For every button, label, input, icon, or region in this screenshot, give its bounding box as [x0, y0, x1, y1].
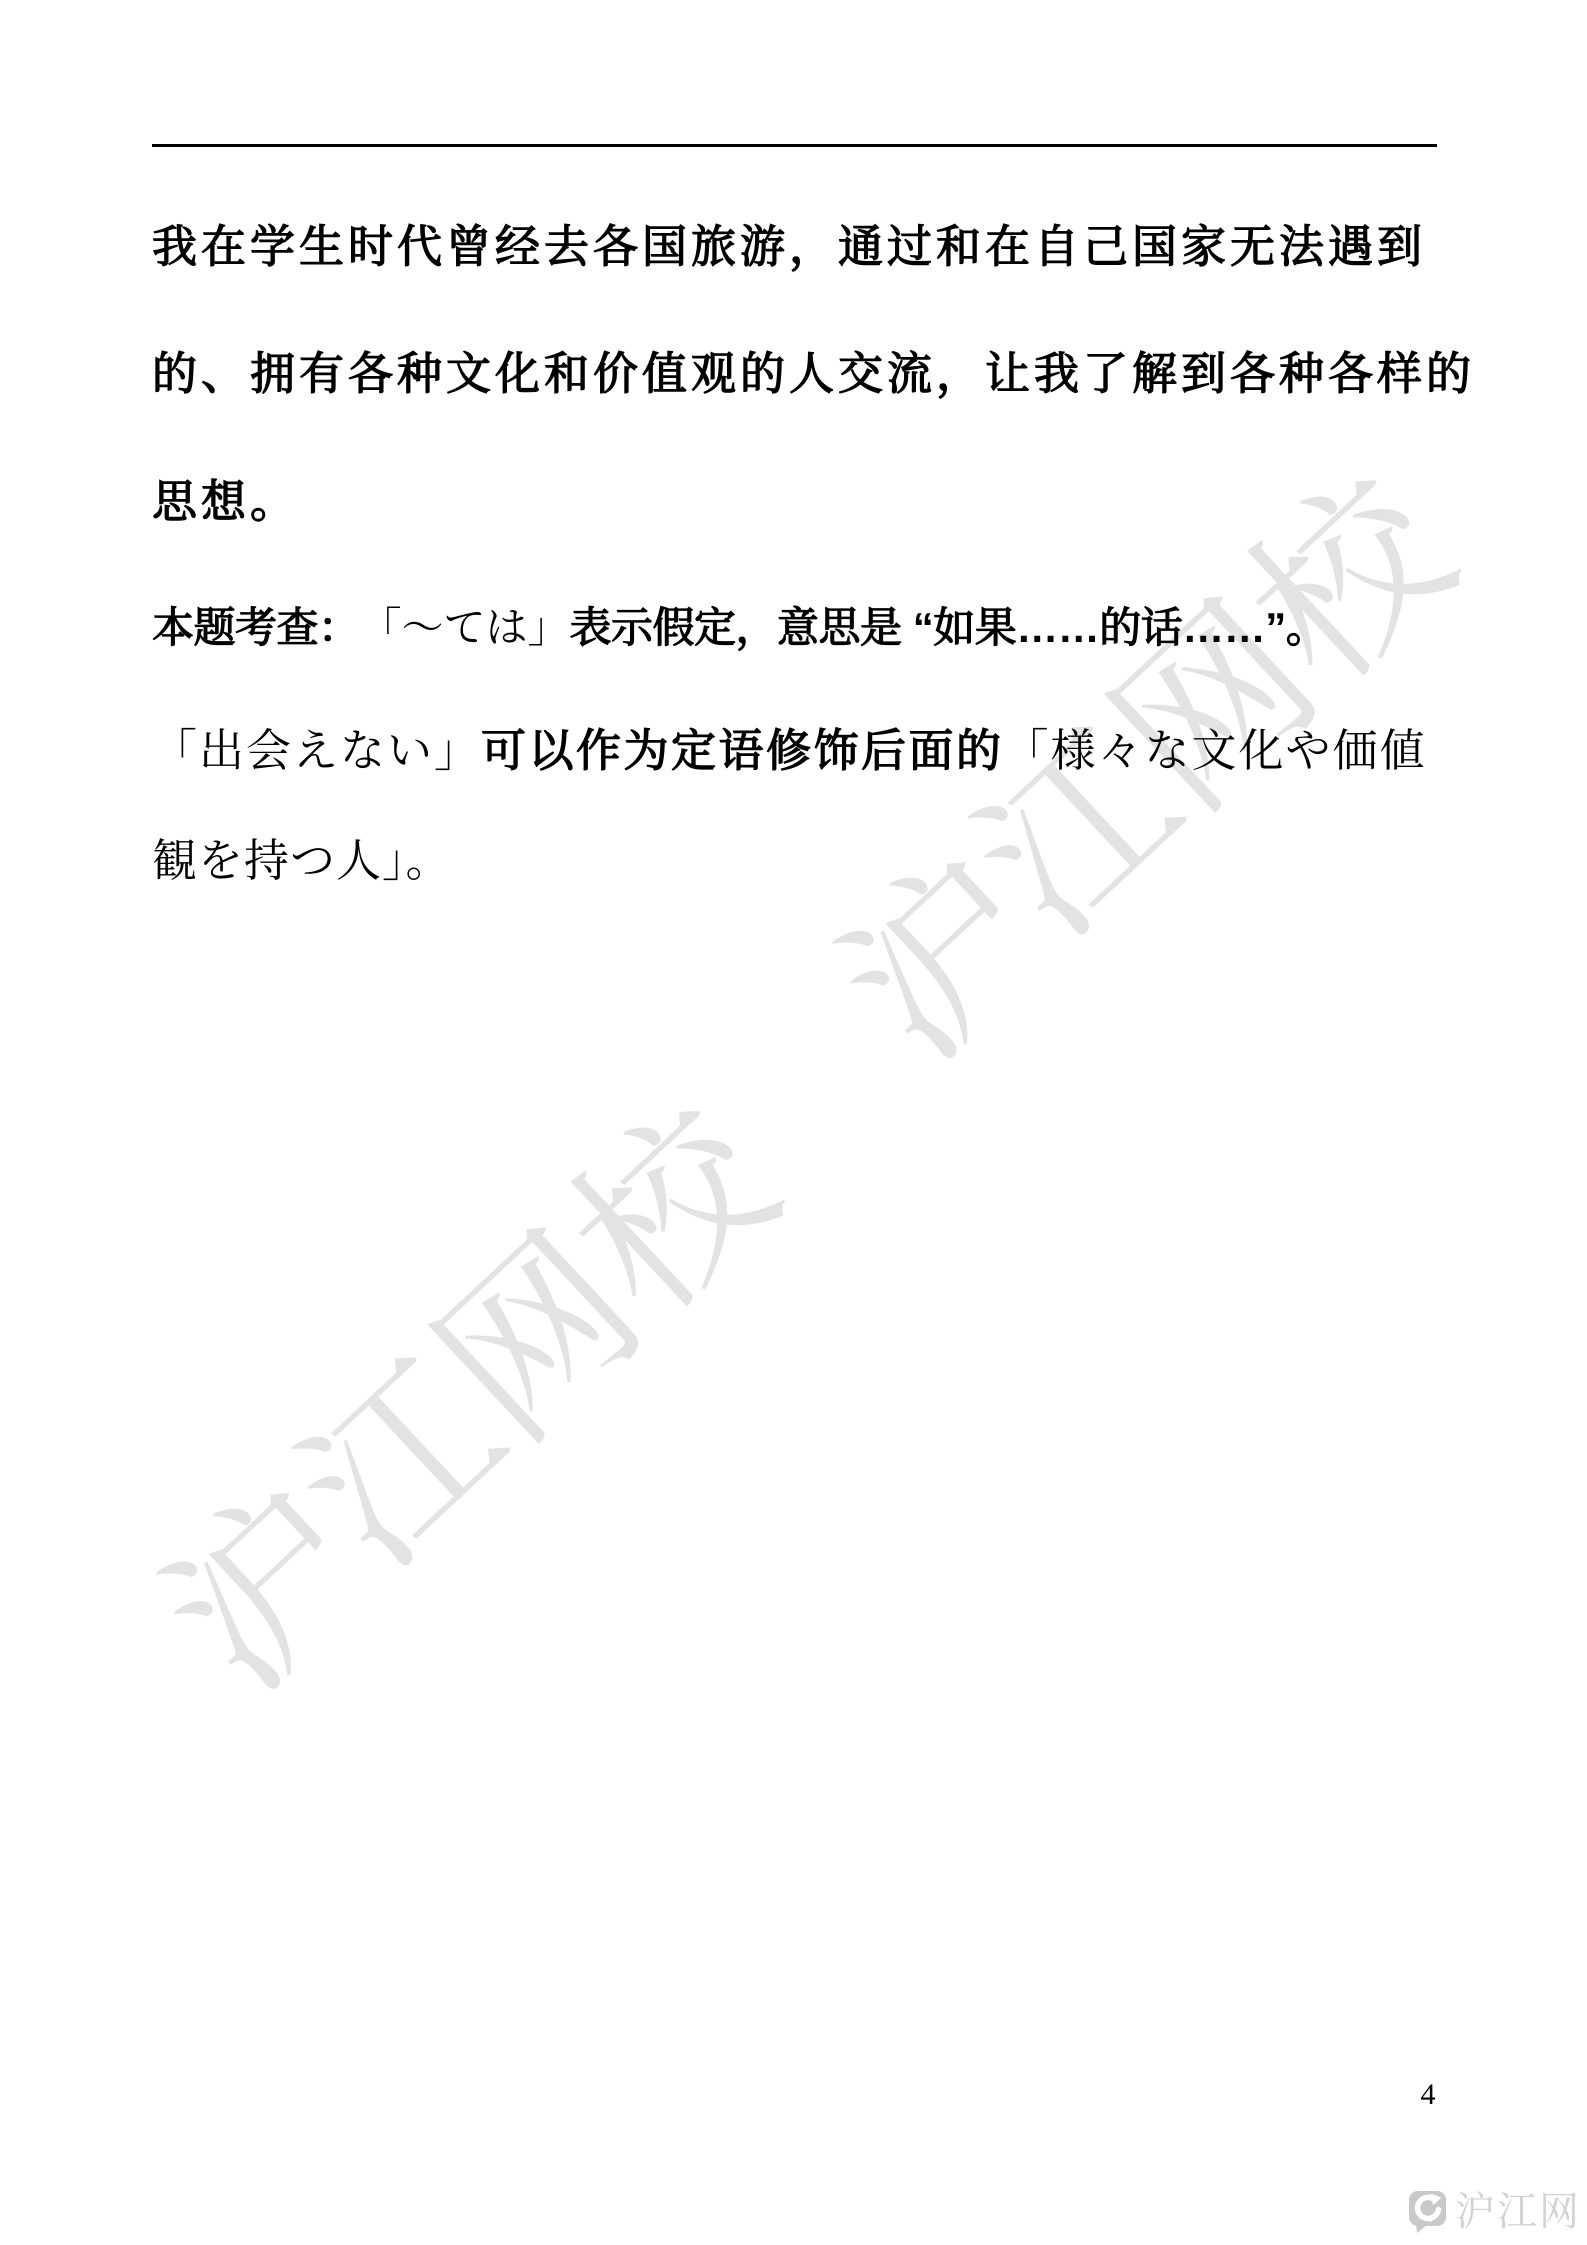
header-divider — [152, 144, 1437, 147]
paragraph2-line4-chinese-tail: 表示假定，意思是 “如果……的话……”。 — [570, 603, 1328, 653]
paragraph2-line5-japanese-tail: 「様々な文化や価値 — [1004, 726, 1427, 776]
paragraph2-line5-chinese: 可以作为定语修饰后面的 — [481, 726, 1004, 776]
document-line: 思想。 — [152, 477, 299, 527]
document-line: 我在学生时代曾经去各国旅游，通过和在自己国家无法遇到 — [152, 222, 1426, 272]
paragraph2-line6-japanese: 観を持つ人」。 — [152, 836, 452, 886]
paragraph2-line4-japanese-quote: 「～ては」 — [360, 604, 570, 654]
document-line: 「出会えない」 可以作为定语修饰后面的 「様々な文化や価値 — [152, 726, 1427, 776]
document-line: 観を持つ人」。 — [152, 836, 452, 886]
paragraph2-line4-chinese-lead: 本题考查： — [152, 603, 360, 653]
hujiang-logo-text: 沪江网 — [1455, 2192, 1581, 2232]
paragraph2-line5-japanese-quote: 「出会えない」 — [152, 726, 481, 776]
hujiang-bubble-refresh-icon — [1408, 2190, 1448, 2234]
document-line: 的、拥有各种文化和价值观的人交流，让我了解到各种各样的 — [152, 349, 1475, 399]
paragraph1-line3-text: 思想。 — [152, 477, 299, 527]
page-number: 4 — [1408, 2078, 1448, 2112]
document-page: 沪江网校 沪江网校 我在学生时代曾经去各国旅游，通过和在自己国家无法遇到 的、拥… — [0, 0, 1587, 2245]
paragraph1-line2-text: 的、拥有各种文化和价值观的人交流，让我了解到各种各样的 — [152, 349, 1475, 399]
hujiang-logo: 沪江网 — [1408, 2190, 1581, 2234]
paragraph1-line1-text: 我在学生时代曾经去各国旅游，通过和在自己国家无法遇到 — [152, 222, 1426, 272]
document-line: 本题考查： 「～ては」 表示假定，意思是 “如果……的话……”。 — [152, 603, 1327, 654]
